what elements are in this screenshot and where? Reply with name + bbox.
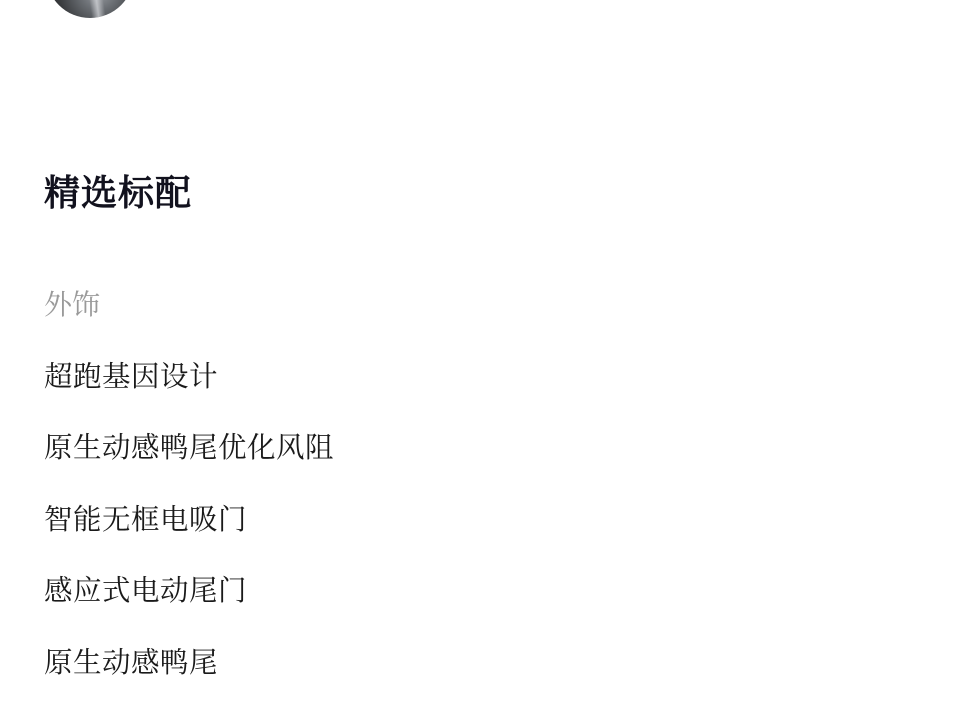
feature-item: 原生动感鸭尾 (44, 644, 334, 715)
feature-item: 智能无框电吸门 (44, 501, 334, 572)
feature-list: 超跑基因设计 原生动感鸭尾优化风阻 智能无框电吸门 感应式电动尾门 原生动感鸭尾 (44, 358, 334, 715)
feature-item: 感应式电动尾门 (44, 572, 334, 643)
section-title: 精选标配 (44, 172, 192, 216)
avatar[interactable] (46, 0, 134, 18)
category-label: 外饰 (44, 287, 100, 323)
feature-item: 超跑基因设计 (44, 358, 334, 429)
feature-item: 原生动感鸭尾优化风阻 (44, 429, 334, 500)
